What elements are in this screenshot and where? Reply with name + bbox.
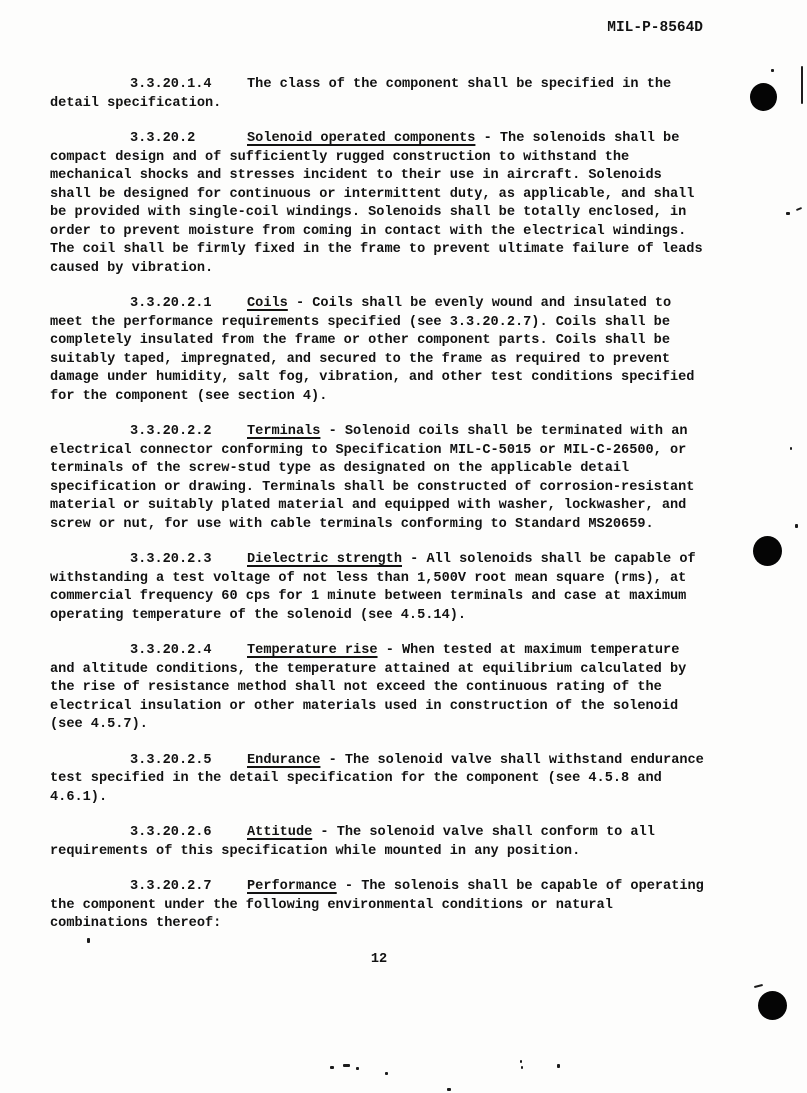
scan-speck: [790, 447, 792, 450]
document-body: 3.3.20.1.4The class of the component sha…: [50, 76, 708, 969]
paragraph-3-3-20-2-5: 3.3.20.2.5Endurance - The solenoid valve…: [50, 752, 708, 808]
scan-speck: [795, 524, 798, 528]
scan-speck: [447, 1088, 451, 1091]
paragraph-3-3-20-2-4: 3.3.20.2.4Temperature rise - When tested…: [50, 642, 708, 735]
paragraph-3-3-20-2-3: 3.3.20.2.3Dielectric strength - All sole…: [50, 551, 708, 625]
scan-speck: [786, 212, 790, 215]
scan-speck: [771, 69, 774, 72]
punch-dot-middle: [753, 536, 782, 566]
document-page: MIL-P-8564D 3.3.20.1.4The class of the c…: [0, 0, 807, 1093]
punch-dot-top: [750, 83, 777, 111]
paragraph-heading: Attitude: [247, 825, 312, 840]
paragraph-heading: Solenoid operated components: [247, 131, 475, 146]
scan-speck: [521, 1066, 523, 1069]
paragraph-heading: Performance: [247, 879, 337, 894]
paragraph-number: 3.3.20.2.4: [130, 642, 247, 661]
scan-speck: [557, 1064, 560, 1068]
paragraph-number: 3.3.20.2.3: [130, 551, 247, 570]
scan-speck: [87, 938, 90, 943]
paragraph-number: 3.3.20.2.1: [130, 295, 247, 314]
scan-speck: [796, 207, 802, 211]
paragraph-number: 3.3.20.2.2: [130, 423, 247, 442]
page-number: 12: [50, 951, 708, 970]
paragraph-number: 3.3.20.2.5: [130, 752, 247, 771]
scan-speck: [520, 1060, 522, 1063]
paragraph-number: 3.3.20.2: [130, 130, 247, 149]
paragraph-3-3-20-2-1: 3.3.20.2.1Coils - Coils shall be evenly …: [50, 295, 708, 406]
paragraph-heading: Endurance: [247, 753, 320, 768]
paragraph-heading: Temperature rise: [247, 643, 378, 658]
scan-speck: [343, 1064, 350, 1067]
paragraph-heading: Dielectric strength: [247, 552, 402, 567]
paragraph-number: 3.3.20.1.4: [130, 76, 247, 95]
paragraph-3-3-20-1-4: 3.3.20.1.4The class of the component sha…: [50, 76, 708, 113]
paragraph-text: - The solenoids shall be compact design …: [50, 131, 703, 276]
paragraph-number: 3.3.20.2.7: [130, 878, 247, 897]
doc-number: MIL-P-8564D: [607, 20, 703, 36]
paragraph-3-3-20-2: 3.3.20.2Solenoid operated components - T…: [50, 130, 708, 278]
scan-speck: [385, 1072, 388, 1075]
scan-speck: [356, 1067, 359, 1070]
paragraph-3-3-20-2-7: 3.3.20.2.7Performance - The solenois sha…: [50, 878, 708, 934]
scan-speck: [754, 984, 763, 988]
scan-edge-line: [801, 66, 803, 104]
punch-dot-bottom: [758, 991, 787, 1020]
paragraph-heading: Terminals: [247, 424, 320, 439]
paragraph-3-3-20-2-2: 3.3.20.2.2Terminals - Solenoid coils sha…: [50, 423, 708, 534]
paragraph-3-3-20-2-6: 3.3.20.2.6Attitude - The solenoid valve …: [50, 824, 708, 861]
scan-speck: [330, 1066, 334, 1069]
paragraph-heading: Coils: [247, 296, 288, 311]
paragraph-number: 3.3.20.2.6: [130, 824, 247, 843]
